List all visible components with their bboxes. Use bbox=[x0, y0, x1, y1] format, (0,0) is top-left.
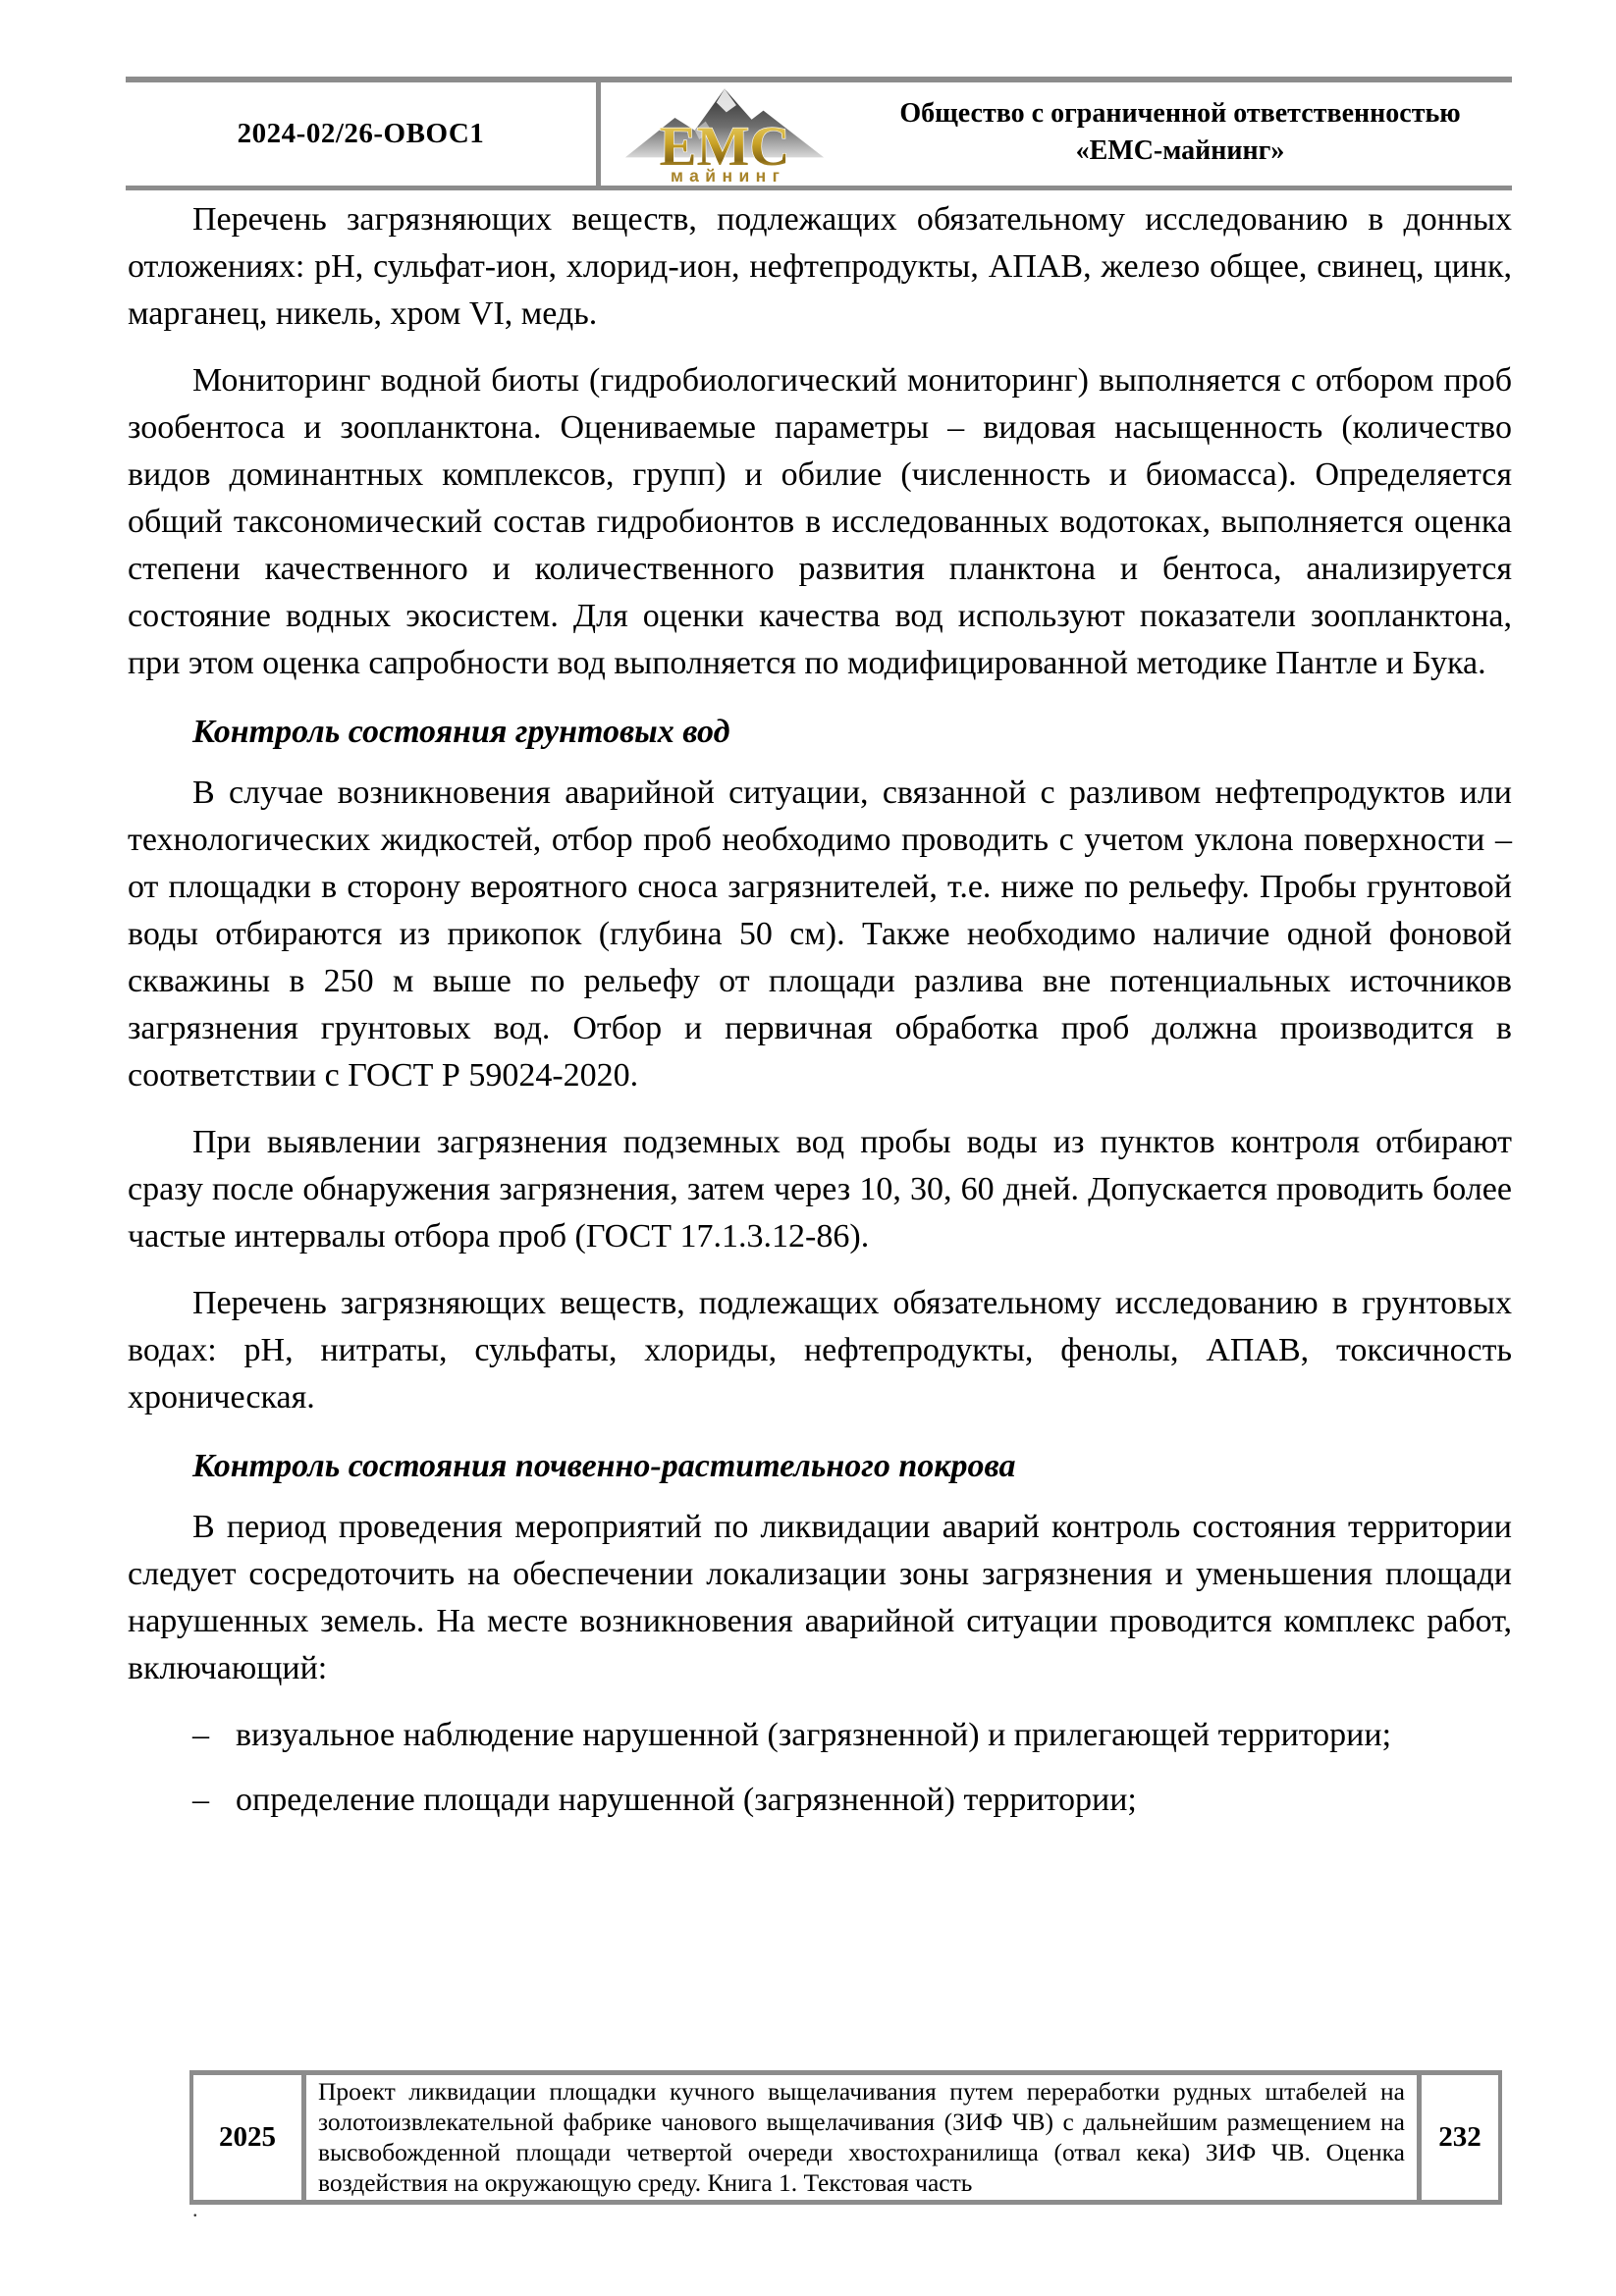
company-name: Общество с ограниченной ответственностью… bbox=[848, 95, 1512, 174]
footer-project-title: Проект ликвидации площадки кучного выщел… bbox=[306, 2075, 1422, 2200]
bullet-text: определение площади нарушенной (загрязне… bbox=[236, 1777, 1512, 1824]
page-footer: 2025 Проект ликвидации площадки кучного … bbox=[189, 2070, 1502, 2205]
list-item: – визуальное наблюдение нарушенной (загр… bbox=[128, 1712, 1512, 1759]
stray-mark: . bbox=[192, 2197, 198, 2222]
bullet-dash: – bbox=[192, 1712, 236, 1759]
document-page: 2024-02/26-ОВОС1 bbox=[0, 0, 1616, 2296]
paragraph-biota-monitoring: Мониторинг водной биоты (гидробиологичес… bbox=[128, 357, 1512, 687]
company-name-line2: «ЕМС-майнинг» bbox=[848, 133, 1512, 170]
doc-number-cell: 2024-02/26-ОВОС1 bbox=[126, 82, 601, 186]
doc-number: 2024-02/26-ОВОС1 bbox=[238, 118, 485, 150]
bullet-dash: – bbox=[192, 1777, 236, 1824]
footer-page-number: 232 bbox=[1422, 2075, 1498, 2200]
footer-year: 2025 bbox=[193, 2075, 306, 2200]
paragraph-liquidation-control: В период проведения мероприятий по ликви… bbox=[128, 1504, 1512, 1692]
emc-logo-icon: ЕМС майнинг bbox=[612, 83, 837, 185]
heading-soil-cover-control: Контроль состояния почвенно-растительног… bbox=[128, 1443, 1512, 1490]
bullet-list: – визуальное наблюдение нарушенной (загр… bbox=[128, 1712, 1512, 1824]
paragraph-sediment-substances: Перечень загрязняющих веществ, подлежащи… bbox=[128, 196, 1512, 338]
company-logo: ЕМС майнинг bbox=[601, 82, 848, 186]
company-name-line1: Общество с ограниченной ответственностью bbox=[848, 95, 1512, 133]
logo-subtitle: майнинг bbox=[671, 166, 785, 185]
list-item: – определение площади нарушенной (загряз… bbox=[128, 1777, 1512, 1824]
heading-groundwater-control: Контроль состояния грунтовых вод bbox=[128, 709, 1512, 756]
paragraph-groundwater-substances: Перечень загрязняющих веществ, подлежащи… bbox=[128, 1280, 1512, 1421]
paragraph-accident-sampling: В случае возникновения аварийной ситуаци… bbox=[128, 770, 1512, 1099]
document-body: Перечень загрязняющих веществ, подлежащи… bbox=[128, 196, 1512, 1842]
paragraph-contamination-detection: При выявлении загрязнения подземных вод … bbox=[128, 1119, 1512, 1260]
page-header: 2024-02/26-ОВОС1 bbox=[126, 77, 1512, 190]
bullet-text: визуальное наблюдение нарушенной (загряз… bbox=[236, 1712, 1512, 1759]
